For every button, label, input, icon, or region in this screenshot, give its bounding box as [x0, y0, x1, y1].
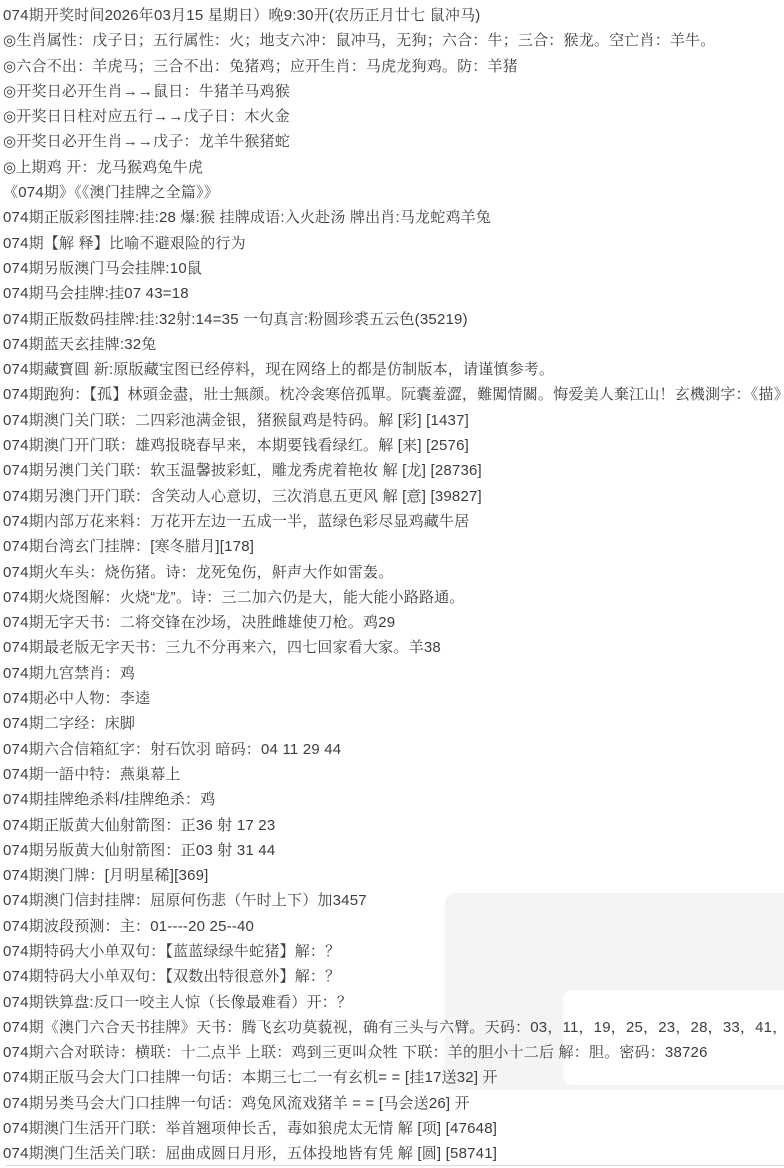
info-line: 074期另版黄大仙射箭图：正03 射 31 44 — [3, 838, 784, 863]
info-line: 074期铁算盘:反口一咬主人惊（长像最难看）开：？ — [3, 990, 784, 1015]
info-line: 074期最老版无字天书：三九不分再来六，四七回家看大家。羊38 — [3, 635, 784, 660]
info-line: ◎生肖属性：戊子日；五行属性：火；地支六冲：鼠冲马，无狗；六合：牛；三合：猴龙。… — [3, 28, 784, 53]
bottom-divider — [6, 1165, 784, 1166]
info-line: 074期特码大小单双句：【蓝蓝绿绿牛蛇猪】解：？ — [3, 939, 784, 964]
info-line: 074期一語中特：燕巢幕上 — [3, 762, 784, 787]
info-lines: 074期开奖时间2026年03月15 星期日）晚9:30开(农历正月廿七 鼠冲马… — [3, 3, 784, 1167]
info-line: 074期内部万花来料：万花开左边一五成一半，蓝绿色彩尽显鸡藏牛居 — [3, 509, 784, 534]
info-line: 074期挂牌绝杀料/挂牌绝杀：鸡 — [3, 787, 784, 812]
info-line: 074期正版数码挂牌:挂:32射:14=35 一句真言:粉圆珍裘五云色(3521… — [3, 307, 784, 332]
lottery-info-page: 074期开奖时间2026年03月15 星期日）晚9:30开(农历正月廿七 鼠冲马… — [0, 0, 784, 1168]
info-line: 074期无字天书：二将交锋在沙场，决胜雌雄使刀枪。鸡29 — [3, 610, 784, 635]
info-line: 074期澳门牌：[月明星稀][369] — [3, 863, 784, 888]
info-line: 074期澳门信封挂牌：屈原何伤悲（午时上下）加3457 — [3, 888, 784, 913]
info-line: 074期【解 释】比喻不避艰险的行为 — [3, 231, 784, 256]
info-line: ◎开奖日必开生肖→→戊子：龙羊牛猴猪蛇 — [3, 129, 784, 154]
info-line: 074期澳门关门联：二四彩池满金银，猪猴鼠鸡是特码。解 [彩] [1437] — [3, 408, 784, 433]
info-line: 074期波段预测：主：01----20 25--40 — [3, 914, 784, 939]
info-line: 074期澳门生活关门联：屈曲成圆日月形，五体投地皆有凭 解 [圆] [58741… — [3, 1141, 784, 1166]
info-line: 074期澳门开门联：雄鸡报晓春早来，本期要钱看绿红。解 [来] [2576] — [3, 433, 784, 458]
info-line: 074期另类马会大门口挂牌一句话：鸡兔风流戏猪羊 = = [马会送26] 开 — [3, 1091, 784, 1116]
info-line: ◎开奖日日柱对应五行→→戊子日：木火金 — [3, 104, 784, 129]
info-line: 074期二字经：床脚 — [3, 711, 784, 736]
info-line: 074期跑狗：【孤】林頭金盡，壯士無颜。枕冷衾寒倍孤單。阮囊羞澀，難闖情關。悔爱… — [3, 382, 784, 407]
info-line: ◎开奖日必开生肖→→鼠日：牛猪羊马鸡猴 — [3, 79, 784, 104]
info-line: 074期必中人物：李逵 — [3, 686, 784, 711]
info-line: 074期藏寳圓 新:原版藏宝图已经停料，现在网络上的都是仿制版本，请谨慎参考。 — [3, 357, 784, 382]
info-line: 074期另版澳门马会挂牌:10鼠 — [3, 256, 784, 281]
info-line: ◎六合不出：羊虎马；三合不出：兔猪鸡；应开生肖：马虎龙狗鸡。防：羊猪 — [3, 54, 784, 79]
info-line: 074期《澳门六合天书挂牌》天书：腾飞玄功莫藐视，确有三头与六臂。天码：03，1… — [3, 1015, 784, 1040]
info-line: 074期正版彩图挂牌:挂:28 爆:猴 挂牌成语:入火赴汤 牌出肖:马龙蛇鸡羊兔 — [3, 205, 784, 230]
info-line: ◎上期鸡 开：龙马猴鸡兔牛虎 — [3, 155, 784, 180]
info-line: 074期火车头：烧伤猪。诗：龙死兔伤，鼾声大作如雷轰。 — [3, 560, 784, 585]
info-line: 074期特码大小单双句：【双数出特很意外】解：？ — [3, 964, 784, 989]
info-line: 074期六合对联诗：横联：十二点半 上联：鸡到三更叫众牲 下联：羊的胆小十二后 … — [3, 1040, 784, 1065]
info-line: 074期正版马会大门口挂牌一句话：本期三七二一有玄机= = [挂17送32] 开 — [3, 1065, 784, 1090]
info-line: 074期正版黄大仙射箭图：正36 射 17 23 — [3, 813, 784, 838]
info-line: 074期澳门生活开门联：举首翘项伸长舌，毒如狼虎太无情 解 [项] [47648… — [3, 1116, 784, 1141]
info-line: 074期九宫禁肖：鸡 — [3, 661, 784, 686]
info-line: 074期台湾玄门挂牌：[寒冬腊月][178] — [3, 534, 784, 559]
info-line: 074期另澳门关门联：软玉温馨披彩虹，雕龙秀虎着艳妆 解 [龙] [28736] — [3, 458, 784, 483]
info-line: 074期火烧图解：火烧“龙”。诗：三二加六仍是大，能大能小路路通。 — [3, 585, 784, 610]
info-line: 《074期》《《澳门挂牌之全篇》》 — [3, 180, 784, 205]
info-line: 074期开奖时间2026年03月15 星期日）晚9:30开(农历正月廿七 鼠冲马… — [3, 3, 784, 28]
info-line: 074期马会挂牌:挂07 43=18 — [3, 281, 784, 306]
info-line: 074期六合信箱紅字：射石饮羽 暗码：04 11 29 44 — [3, 737, 784, 762]
info-line: 074期另澳门开门联：含笑动人心意切，三次消息五更风 解 [意] [39827] — [3, 484, 784, 509]
info-line: 074期蓝天玄挂牌:32兔 — [3, 332, 784, 357]
